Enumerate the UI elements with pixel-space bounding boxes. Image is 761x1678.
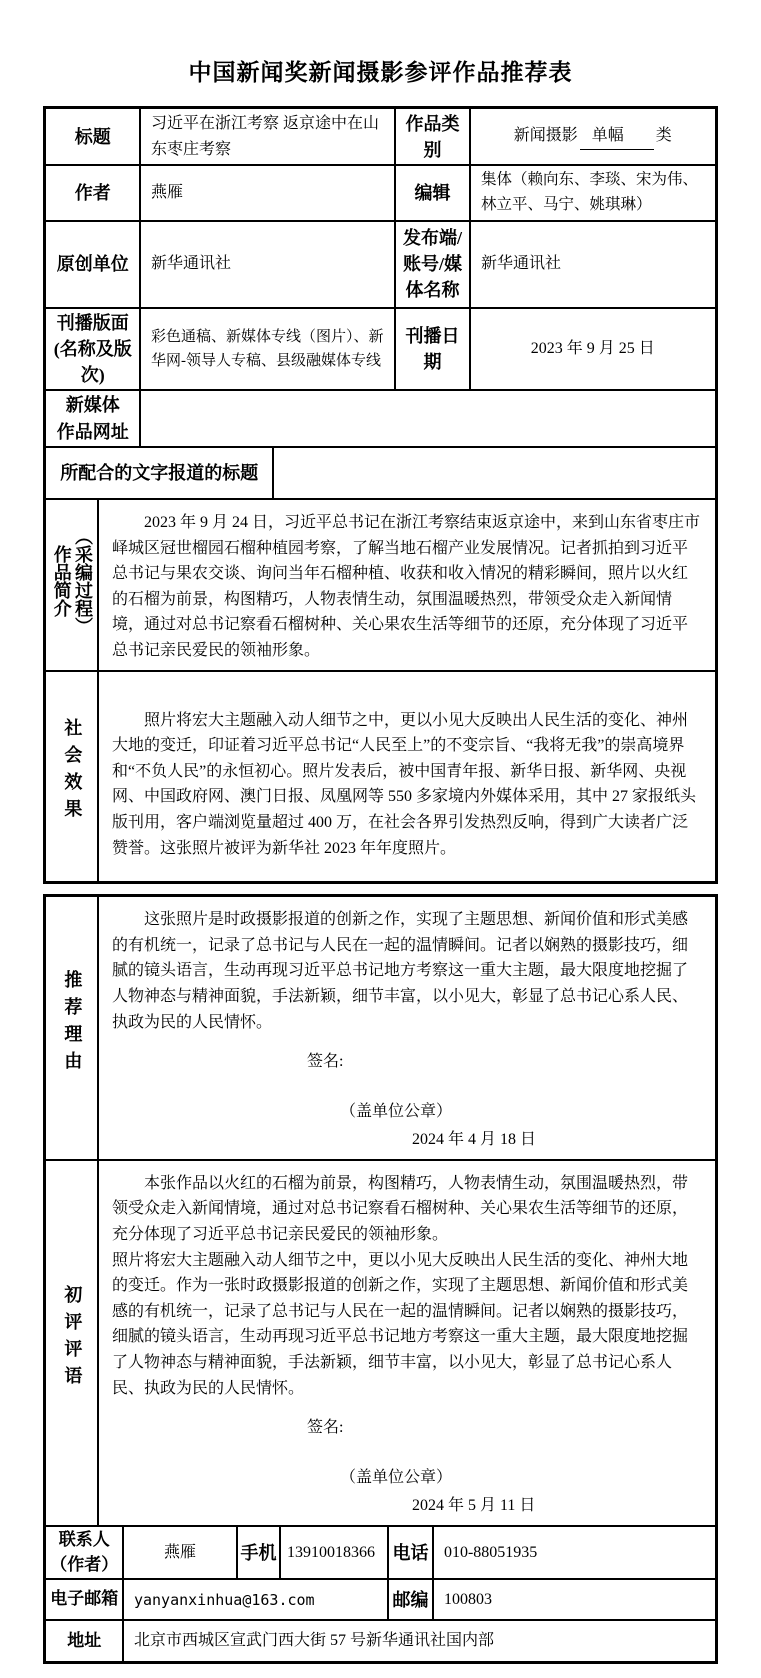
label-email: 电子邮箱 (45, 1579, 123, 1620)
value-author: 燕雁 (140, 165, 395, 221)
value-publish-date: 2023 年 9 月 25 日 (470, 308, 716, 390)
value-editor: 集体（赖向东、李琰、宋为伟、林立平、马宁、姚琪琳） (470, 165, 716, 221)
value-category: 新闻摄影单幅类 (470, 108, 716, 166)
table-row: 作者 燕雁 编辑 集体（赖向东、李琰、宋为伟、林立平、马宁、姚琪琳） (45, 165, 716, 221)
label-text-report-title: 所配合的文字报道的标题 (45, 447, 273, 499)
value-text-report-title (273, 447, 716, 499)
value-phone: 010-88051935 (433, 1526, 716, 1579)
page-title: 中国新闻奖新闻摄影参评作品推荐表 (0, 54, 761, 87)
initial-review-paragraph-1: 本张作品以火红的石榴为前景，构图精巧，人物表情生动，氛围温暖热烈，带领受众走入新… (112, 1171, 702, 1248)
social-effect-vertical-label: 社会效果 (61, 718, 82, 826)
recommend-seal-note: （盖单位公章） (340, 1099, 702, 1125)
table-row: 作品简介 （采编过程） 2023 年 9 月 24 日，习近平总书记在浙江考察结… (45, 499, 716, 671)
label-recommend-reason: 推荐理由 (45, 896, 98, 1160)
label-title: 标题 (45, 108, 140, 166)
value-address: 北京市西城区宣武门西大街 57 号新华通讯社国内部 (123, 1620, 716, 1662)
initial-review-sign-date: 2024 年 5 月 11 日 (412, 1493, 702, 1519)
initial-review-vertical-label: 初评评语 (61, 1285, 82, 1393)
initial-review-seal-note: （盖单位公章） (340, 1465, 702, 1491)
label-address: 地址 (45, 1620, 123, 1662)
label-category: 作品类 别 (395, 108, 470, 166)
value-new-media-url (140, 390, 716, 447)
social-effect-paragraph: 照片将宏大主题融入动人细节之中，更以小见大反映出人民生活的变化、神州大地的变迁，… (112, 708, 702, 862)
category-prefix: 新闻摄影 (514, 127, 578, 144)
value-publish-channel: 新华通讯社 (470, 221, 716, 308)
label-publish-date: 刊播日 期 (395, 308, 470, 390)
table-row: 联系人 （作者） 燕雁 手机 13910018366 电话 010-880519… (45, 1526, 716, 1579)
work-intro-vertical-label: 作品简介 （采编过程） (51, 527, 93, 635)
recommend-sign-label: 签名: (307, 1049, 702, 1075)
category-suffix: 类 (656, 127, 672, 144)
label-mobile: 手机 (237, 1526, 280, 1579)
value-initial-review: 本张作品以火红的石榴为前景，构图精巧，人物表情生动，氛围温暖热烈，带领受众走入新… (98, 1160, 716, 1526)
initial-review-paragraph-2: 照片将宏大主题融入动人细节之中，更以小见大反映出人民生活的变化、神州大地的变迁。… (112, 1248, 702, 1402)
label-initial-review: 初评评语 (45, 1160, 98, 1526)
recommend-reason-vertical-label: 推荐理由 (61, 970, 82, 1078)
value-origin-org: 新华通讯社 (140, 221, 395, 308)
value-social-effect: 照片将宏大主题融入动人细节之中，更以小见大反映出人民生活的变化、神州大地的变迁，… (98, 671, 716, 883)
initial-review-sign-label: 签名: (307, 1415, 702, 1441)
review-table: 推荐理由 这张照片是时政摄影报道的创新之作，实现了主题思想、新闻价值和形式美感的… (43, 894, 717, 1664)
value-title: 习近平在浙江考察 返京途中在山东枣庄考察 (140, 108, 395, 166)
table-row: 标题 习近平在浙江考察 返京途中在山东枣庄考察 作品类 别 新闻摄影单幅类 (45, 108, 716, 166)
label-contact-person: 联系人 （作者） (45, 1526, 123, 1579)
value-publish-layout: 彩色通稿、新媒体专线（图片）、新华网-领导人专稿、县级融媒体专线 (140, 308, 395, 390)
table-row: 新媒体 作品网址 (45, 390, 716, 447)
value-postcode: 100803 (433, 1579, 716, 1620)
category-underline-value: 单幅 (580, 123, 654, 151)
table-row: 社会效果 照片将宏大主题融入动人细节之中，更以小见大反映出人民生活的变化、神州大… (45, 671, 716, 883)
value-recommend-reason: 这张照片是时政摄影报道的创新之作，实现了主题思想、新闻价值和形式美感的有机统一，… (98, 896, 716, 1160)
label-phone: 电话 (388, 1526, 433, 1579)
value-email: yanyanxinhua@163.com (123, 1579, 388, 1620)
value-contact-person: 燕雁 (123, 1526, 237, 1579)
work-intro-paragraph: 2023 年 9 月 24 日，习近平总书记在浙江考察结束返京途中，来到山东省枣… (112, 510, 702, 664)
table-row: 所配合的文字报道的标题 (45, 447, 716, 499)
table-row: 原创单位 新华通讯社 发布端/ 账号/媒 体名称 新华通讯社 (45, 221, 716, 308)
label-publish-channel: 发布端/ 账号/媒 体名称 (395, 221, 470, 308)
table-row: 推荐理由 这张照片是时政摄影报道的创新之作，实现了主题思想、新闻价值和形式美感的… (45, 896, 716, 1160)
label-origin-org: 原创单位 (45, 221, 140, 308)
label-new-media-url: 新媒体 作品网址 (45, 390, 140, 447)
table-row: 初评评语 本张作品以火红的石榴为前景，构图精巧，人物表情生动，氛围温暖热烈，带领… (45, 1160, 716, 1526)
label-publish-layout: 刊播版面 (名称及版 次) (45, 308, 140, 390)
label-author: 作者 (45, 165, 140, 221)
value-work-intro: 2023 年 9 月 24 日，习近平总书记在浙江考察结束返京途中，来到山东省枣… (98, 499, 716, 671)
table-row: 电子邮箱 yanyanxinhua@163.com 邮编 100803 (45, 1579, 716, 1620)
info-table: 标题 习近平在浙江考察 返京途中在山东枣庄考察 作品类 别 新闻摄影单幅类 作者… (43, 106, 717, 884)
table-row: 刊播版面 (名称及版 次) 彩色通稿、新媒体专线（图片）、新华网-领导人专稿、县… (45, 308, 716, 390)
label-work-intro: 作品简介 （采编过程） (45, 499, 98, 671)
recommend-reason-paragraph: 这张照片是时政摄影报道的创新之作，实现了主题思想、新闻价值和形式美感的有机统一，… (112, 907, 702, 1035)
table-row: 地址 北京市西城区宣武门西大街 57 号新华通讯社国内部 (45, 1620, 716, 1662)
value-mobile: 13910018366 (280, 1526, 388, 1579)
recommend-sign-date: 2024 年 4 月 18 日 (412, 1127, 702, 1153)
label-postcode: 邮编 (388, 1579, 433, 1620)
label-editor: 编辑 (395, 165, 470, 221)
label-social-effect: 社会效果 (45, 671, 98, 883)
